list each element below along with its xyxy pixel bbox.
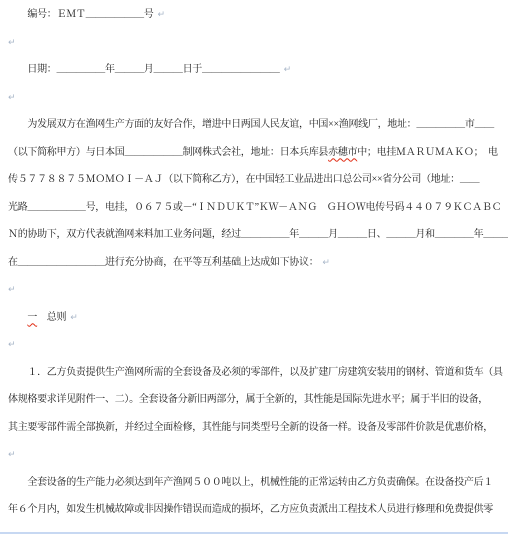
doc-text: １．乙方负责提供生产渔网所需的全套设备及必须的零部件，以及扩建厂房建筑安装用的钢…	[8, 367, 503, 378]
paragraph-mark-icon: ↵	[322, 258, 330, 268]
paragraph-mark-icon: ↵	[8, 450, 16, 460]
doc-text: 为发展双方在渔网生产方面的友好合作，增进中日两国人民友谊，中国××渔网线厂，地址…	[8, 119, 494, 130]
doc-line: 在＿＿＿＿＿＿＿＿＿进行充分协商，在平等互利基础上达成如下协议：↵	[8, 249, 508, 277]
doc-text: 传５７７８８７５ＭＯＭＯＩ－ＡＪ（以下简称乙方），在中国轻工业品进出口总公司××…	[8, 174, 479, 185]
doc-text	[8, 312, 27, 323]
doc-line: 全套设备的生产能力必须达到年产渔网５００吨以上，机械性能的正常运转由乙方负责确保…	[8, 469, 508, 497]
doc-text: 年６个月内，如发生机械故障或非因操作错误而造成的损坏，乙方应负责派出工程技术人员…	[8, 504, 493, 515]
paragraph-mark-icon: ↵	[8, 285, 16, 295]
doc-text: （以下简称甲方）与日本国＿＿＿＿＿＿制网株式会社，地址：日本兵库县	[8, 147, 328, 158]
doc-text: 全套设备的生产能力必须达到年产渔网５００吨以上，机械性能的正常运转由乙方负责确保…	[8, 477, 493, 488]
doc-text: 总则	[37, 312, 66, 323]
paragraph-mark-icon: ↵	[70, 313, 78, 323]
paragraph-mark-icon: ↵	[8, 38, 16, 48]
doc-line: 光路＿＿＿＿＿＿号，电挂，０６７５或－“ＩＮＤＵＫＴ”ＫＷ－ＡＮＧ ＧＨＯＷ电传…	[8, 194, 508, 222]
doc-line: ↵	[8, 441, 508, 469]
misspelled-text: 一	[27, 312, 37, 323]
doc-text: 体规格要求详见附件一、二）。全套设备分新旧两部分，属于全新的，其性能是国际先进水…	[8, 394, 488, 405]
doc-text: 编号：ＥＭＴ＿＿＿＿＿＿号	[8, 9, 154, 20]
doc-text: 其主要零部件需全部换新，并经过全面检修，其性能与同类型号全新的设备一样。设备及零…	[8, 422, 493, 433]
doc-line: 其主要零部件需全部换新，并经过全面检修，其性能与同类型号全新的设备一样。设备及零…	[8, 414, 508, 442]
doc-line: ↵	[8, 331, 508, 359]
doc-line: 传５７７８８７５ＭＯＭＯＩ－ＡＪ（以下简称乙方），在中国轻工业品进出口总公司××…	[8, 166, 508, 194]
doc-line: 体规格要求详见附件一、二）。全套设备分新旧两部分，属于全新的，其性能是国际先进水…	[8, 386, 508, 414]
doc-line: 日期：＿＿＿＿＿年＿＿＿月＿＿＿日于＿＿＿＿＿＿＿＿↵	[8, 56, 508, 84]
doc-line: ↵	[8, 29, 508, 57]
doc-line: Ｎ的协助下，双方代表就渔网来料加工业务问题，经过＿＿＿＿＿年＿＿＿月＿＿＿日、＿…	[8, 221, 508, 249]
doc-line: 为发展双方在渔网生产方面的友好合作，增进中日两国人民友谊，中国××渔网线厂，地址…	[8, 111, 508, 139]
paragraph-mark-icon: ↵	[284, 65, 292, 75]
doc-line: ↵	[8, 276, 508, 304]
doc-line: ↵	[8, 84, 508, 112]
misspelled-text: 赤穗市	[328, 147, 357, 158]
document-page: 编号：ＥＭＴ＿＿＿＿＿＿号↵↵ 日期：＿＿＿＿＿年＿＿＿月＿＿＿日于＿＿＿＿＿＿…	[0, 0, 508, 540]
doc-text: 中；电挂ＭＡＲＵＭＡＫＯ； 电	[357, 147, 498, 158]
paragraph-mark-icon: ↵	[158, 10, 166, 20]
doc-text: Ｎ的协助下，双方代表就渔网来料加工业务问题，经过＿＿＿＿＿年＿＿＿月＿＿＿日、＿…	[8, 229, 508, 240]
page-bottom-rule	[0, 532, 508, 534]
doc-text: 光路＿＿＿＿＿＿号，电挂，０６７５或－“ＩＮＤＵＫＴ”ＫＷ－ＡＮＧ ＧＨＯＷ电传…	[8, 202, 501, 213]
document-body[interactable]: 编号：ＥＭＴ＿＿＿＿＿＿号↵↵ 日期：＿＿＿＿＿年＿＿＿月＿＿＿日于＿＿＿＿＿＿…	[8, 1, 508, 524]
paragraph-mark-icon: ↵	[8, 340, 16, 350]
doc-text: 日期：＿＿＿＿＿年＿＿＿月＿＿＿日于＿＿＿＿＿＿＿＿	[8, 64, 280, 75]
doc-text: 在＿＿＿＿＿＿＿＿＿进行充分协商，在平等互利基础上达成如下协议：	[8, 257, 318, 268]
doc-line: １．乙方负责提供生产渔网所需的全套设备及必须的零部件，以及扩建厂房建筑安装用的钢…	[8, 359, 508, 387]
paragraph-mark-icon: ↵	[8, 93, 16, 103]
doc-line: 年６个月内，如发生机械故障或非因操作错误而造成的损坏，乙方应负责派出工程技术人员…	[8, 496, 508, 524]
doc-line: 一 总则↵	[8, 304, 508, 332]
doc-line: （以下简称甲方）与日本国＿＿＿＿＿＿制网株式会社，地址：日本兵库县赤穗市中；电挂…	[8, 139, 508, 167]
doc-line: 编号：ＥＭＴ＿＿＿＿＿＿号↵	[8, 1, 508, 29]
